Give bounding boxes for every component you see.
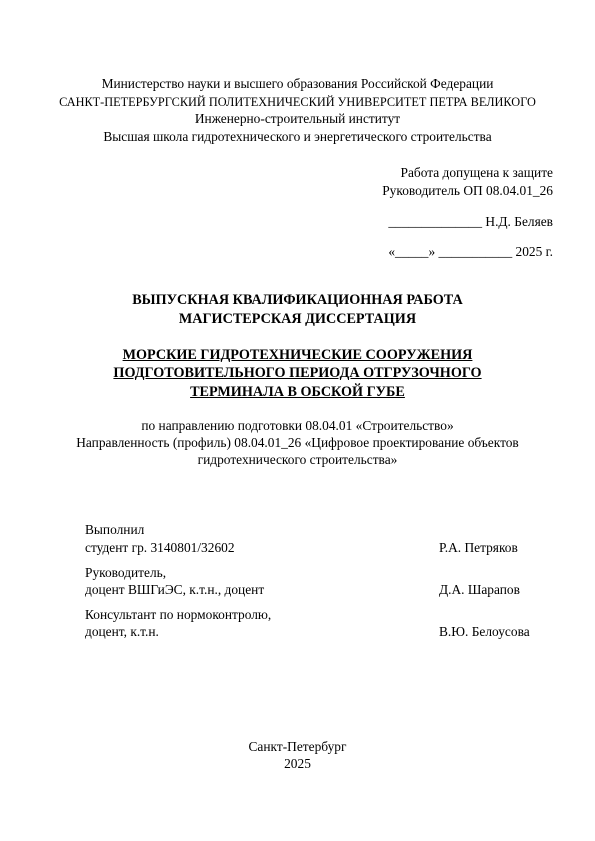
thesis-title-line1: МОРСКИЕ ГИДРОТЕХНИЧЕСКИЕ СООРУЖЕНИЯ (0, 347, 595, 363)
direction-line2: Направленность (профиль) 08.04.01_26 «Ци… (0, 435, 595, 451)
direction-line3: гидротехнического строительства» (0, 452, 595, 468)
signature-name: В.Ю. Белоусова (439, 624, 530, 640)
footer-year: 2025 (0, 756, 595, 772)
work-type-line2: МАГИСТЕРСКАЯ ДИССЕРТАЦИЯ (0, 311, 595, 327)
signature-position: доцент ВШГиЭС, к.т.н., доцент (85, 582, 264, 598)
direction-line1: по направлению подготовки 08.04.01 «Стро… (0, 418, 595, 434)
thesis-title-line2: ПОДГОТОВИТЕЛЬНОГО ПЕРИОДА ОТГРУЗОЧНОГО (0, 365, 595, 381)
signature-role: Руководитель, (85, 565, 166, 581)
institute-line: Инженерно-строительный институт (0, 111, 595, 127)
signature-name: Д.А. Шарапов (439, 582, 520, 598)
thesis-title-line3: ТЕРМИНАЛА В ОБСКОЙ ГУБЕ (0, 384, 595, 400)
signature-position: доцент, к.т.н. (85, 624, 159, 640)
work-type-line1: ВЫПУСКНАЯ КВАЛИФИКАЦИОННАЯ РАБОТА (0, 292, 595, 308)
approval-admitted: Работа допущена к защите (401, 165, 553, 181)
signature-role: Выполнил (85, 522, 144, 538)
approval-head: Руководитель ОП 08.04.01_26 (382, 183, 553, 199)
signature-position: студент гр. 3140801/32602 (85, 540, 235, 556)
university-line: САНКТ-ПЕТЕРБУРГСКИЙ ПОЛИТЕХНИЧЕСКИЙ УНИВ… (0, 94, 595, 110)
footer-city: Санкт-Петербург (0, 739, 595, 755)
approval-date: «_____» ___________ 2025 г. (388, 244, 553, 260)
ministry-line: Министерство науки и высшего образования… (0, 76, 595, 92)
approval-signature: ______________ Н.Д. Беляев (388, 214, 553, 230)
signature-name: Р.А. Петряков (439, 540, 518, 556)
school-line: Высшая школа гидротехнического и энергет… (0, 129, 595, 145)
signature-role: Консультант по нормоконтролю, (85, 607, 271, 623)
